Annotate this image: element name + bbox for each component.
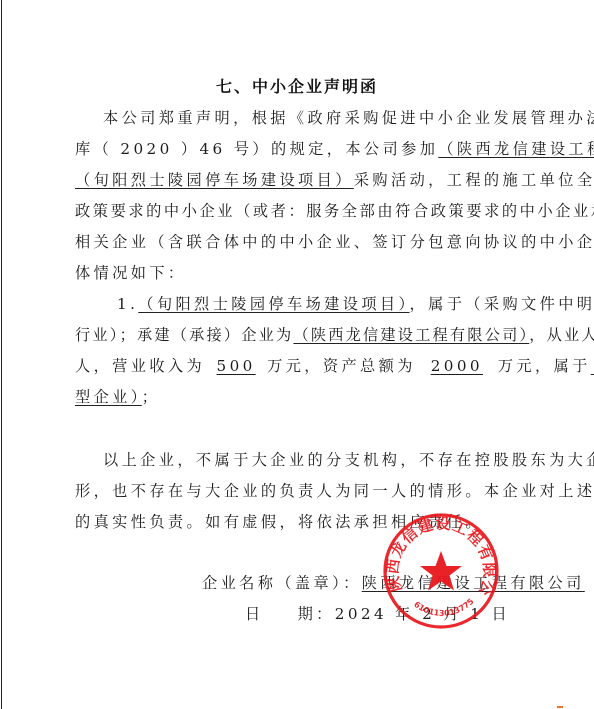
paragraph2-line2: 形，也不存在与大企业的负责人为同一人的情形。本企业对上述声明内容 [75, 480, 535, 502]
date-label-first: 日 [245, 605, 264, 623]
paragraph1-line5: 相关企业（含联合体中的中小企业、签订分包意向协议的中小企业）的具 [75, 231, 535, 253]
item1-industry-text: ，属于（采购文件中明确的所属 [410, 295, 594, 313]
item1-assets-value: 2000 [416, 355, 498, 377]
paragraph1-line4: 政策要求的中小企业（或者：服务全部由符合政策要求的中小企业承接）。 [75, 200, 535, 222]
paragraph1-line6: 体情况如下： [75, 262, 535, 284]
paragraph1-line3-suffix: 采购活动，工程的施工单位全部为符合 [354, 171, 594, 189]
item1-line2: 行业）；承建（承接）企业为（陕西龙信建设工程有限公司），从业人员45 [75, 324, 535, 346]
item1-company-underlined: （陕西龙信建设工程有限公司） [293, 326, 529, 344]
paragraph1-line2: 库（ 2020 ）46 号）的规定，本公司参加（陕西龙信建设工程有限公司）的 [75, 138, 535, 160]
item1-employees-label: ，从业人员 [529, 326, 594, 344]
page-left-border [1, 0, 2, 709]
paragraph1-line2-prefix: 库（ 2020 ）46 号）的规定，本公司参加 [75, 140, 438, 158]
paragraph2-line1: 以上企业，不属于大企业的分支机构，不存在控股股东为大企业的情 [103, 449, 563, 471]
item1-contractor-label: 行业）；承建（承接）企业为 [75, 326, 293, 344]
item1-number: 1. [117, 295, 138, 313]
item1-end: ； [142, 388, 161, 406]
company-name-label: 企业名称（盖章）： [202, 574, 362, 592]
item1-revenue-label: 人，营业收入为 [75, 357, 205, 375]
item1-line4: 型企业）； [75, 386, 535, 408]
item1-line1: 1.（旬阳烈士陵园停车场建设项目），属于（采购文件中明确的所属 [117, 293, 577, 315]
item1-category-part2: 型企业） [75, 388, 142, 406]
seal-icon: 陕西龙信建设工程有限公司 6101130137759 [382, 512, 500, 630]
item1-assets-label: 万元，资产总额为 [267, 357, 416, 375]
bidder-company-underlined: （陕西龙信建设工程有限公司） [438, 140, 594, 158]
item1-revenue-value: 500 [205, 355, 267, 377]
company-seal: 陕西龙信建设工程有限公司 6101130137759 [382, 512, 500, 630]
item1-line3: 人，营业收入为500万元，资产总额为2000万元，属于（小 [75, 355, 535, 377]
project-name-underlined: （旬阳烈士陵园停车场建设项目） [75, 171, 354, 189]
item1-category-label: 万元，属于 [498, 357, 591, 375]
paragraph1-line3: （旬阳烈士陵园停车场建设项目）采购活动，工程的施工单位全部为符合 [75, 169, 535, 191]
paragraph1-line1: 本公司郑重声明，根据《政府采购促进中小企业发展管理办法》（财 [103, 107, 563, 129]
date-label-second: 期： [298, 605, 335, 623]
document-title: 七、中小企业声明函 [0, 74, 594, 97]
item1-project-underlined: （旬阳烈士陵园停车场建设项目） [138, 295, 409, 313]
corner-mark [557, 706, 563, 708]
